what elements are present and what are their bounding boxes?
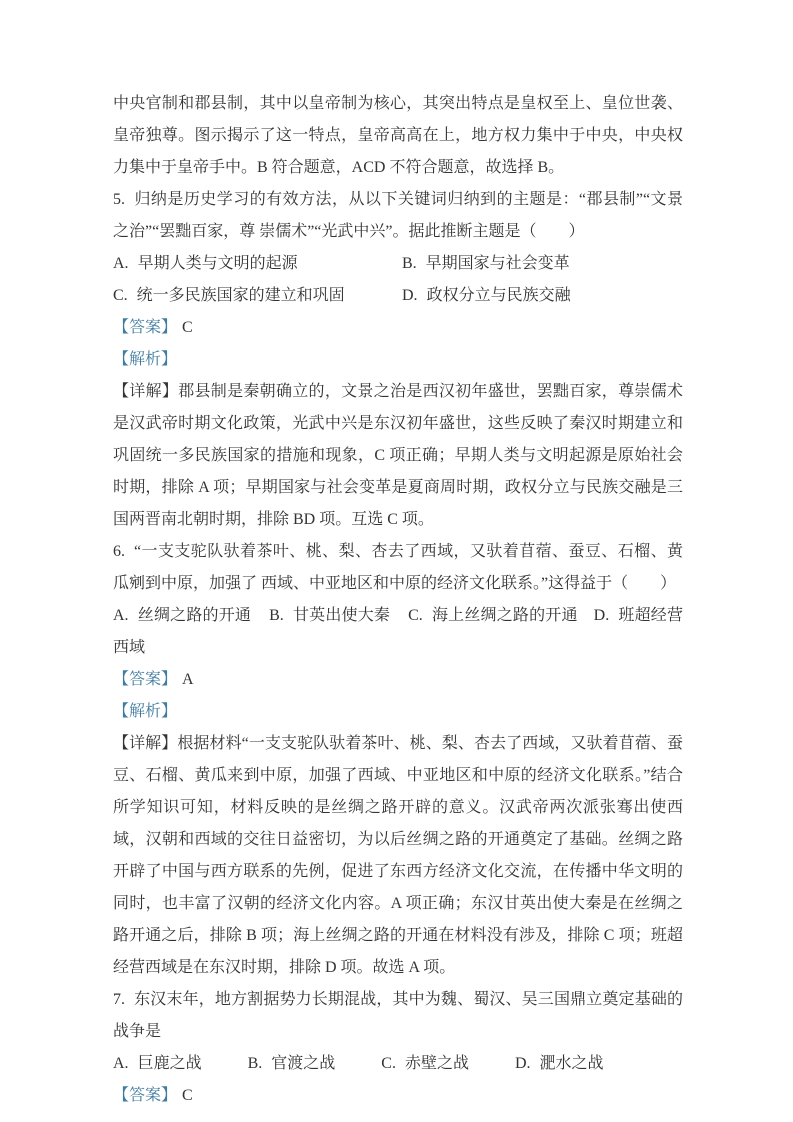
question-5-number: 5. bbox=[113, 191, 125, 208]
question-6-option-c: C.海上丝绸之路的开通 bbox=[408, 607, 578, 624]
detail-label: 【详解】 bbox=[113, 383, 178, 400]
question-5-answer: C bbox=[182, 319, 193, 336]
question-7-option-a: A.巨鹿之战 bbox=[113, 1055, 202, 1072]
option-text: 淝水之战 bbox=[540, 1055, 604, 1072]
option-text: 巨鹿之战 bbox=[138, 1055, 202, 1072]
question-7-answer: C bbox=[182, 1087, 193, 1104]
document-page: 中央官制和郡县制，其中以皇帝制为核心，其突出特点是皇权至上、皇位世袭、皇帝独尊。… bbox=[0, 0, 793, 1122]
question-5-analysis-line: 【解析】 bbox=[113, 344, 683, 376]
question-6-option-b: B.甘英出使大秦 bbox=[269, 607, 390, 624]
option-text: 早期人类与文明的起源 bbox=[138, 255, 298, 272]
question-5-stem: 5.归纳是历史学习的有效方法，从以下关键词归纳到的主题是：“郡县制”“文景之治”… bbox=[113, 184, 683, 248]
question-6-stem: 6.“一支支驼队驮着茶叶、桃、梨、杏去了西域，又驮着苜蓿、蚕豆、石榴、黄瓜剜到中… bbox=[113, 536, 683, 600]
detail-label: 【详解】 bbox=[113, 735, 177, 752]
question-6-number: 6. bbox=[113, 543, 125, 560]
option-text: 早期国家与社会变革 bbox=[426, 255, 570, 272]
option-text: 海上丝绸之路的开通 bbox=[432, 607, 578, 624]
question-5-option-c: C.统一多民族国家的建立和巩固 bbox=[113, 280, 402, 312]
option-key: D. bbox=[594, 607, 610, 624]
question-5-explanation: 【详解】郡县制是秦朝确立的，文景之治是西汉初年盛世，罢黜百家，尊崇儒术是汉武帝时… bbox=[113, 376, 683, 536]
analysis-label: 【解析】 bbox=[113, 351, 177, 368]
question-5-options: A.早期人类与文明的起源 B.早期国家与社会变革 C.统一多民族国家的建立和巩固… bbox=[113, 248, 683, 312]
option-text: 丝绸之路的开通 bbox=[138, 607, 252, 624]
question-5-explanation-text: 郡县制是秦朝确立的，文景之治是西汉初年盛世，罢黜百家，尊崇儒术是汉武帝时期文化政… bbox=[113, 383, 683, 528]
question-6-analysis-line: 【解析】 bbox=[113, 696, 683, 728]
option-key: C. bbox=[408, 607, 423, 624]
answer-label: 【答案】 bbox=[113, 319, 177, 336]
question-5-options-row-2: C.统一多民族国家的建立和巩固 D.政权分立与民族交融 bbox=[113, 280, 683, 312]
question-6-options: A.丝绸之路的开通B.甘英出使大秦C.海上丝绸之路的开通D.班超经营西域 bbox=[113, 600, 683, 664]
option-key: D. bbox=[515, 1055, 531, 1072]
option-text: 政权分立与民族交融 bbox=[427, 287, 571, 304]
answer-label: 【答案】 bbox=[113, 671, 177, 688]
question-7-option-b: B.官渡之战 bbox=[248, 1055, 336, 1072]
question-5: 5.归纳是历史学习的有效方法，从以下关键词归纳到的主题是：“郡县制”“文景之治”… bbox=[113, 184, 683, 536]
document-content: 中央官制和郡县制，其中以皇帝制为核心，其突出特点是皇权至上、皇位世袭、皇帝独尊。… bbox=[113, 88, 683, 1112]
question-5-options-row-1: A.早期人类与文明的起源 B.早期国家与社会变革 bbox=[113, 248, 683, 280]
question-6-explanation-text: 根据材料“一支支驼队驮着茶叶、桃、梨、杏去了西域，又驮着苜蓿、蚕豆、石榴、黄瓜来… bbox=[113, 735, 683, 976]
question-7-number: 7. bbox=[113, 991, 125, 1008]
option-key: C. bbox=[113, 287, 128, 304]
question-5-stem-text: 归纳是历史学习的有效方法，从以下关键词归纳到的主题是：“郡县制”“文景之治”“罢… bbox=[113, 191, 683, 240]
question-6-explanation: 【详解】根据材料“一支支驼队驮着茶叶、桃、梨、杏去了西域，又驮着苜蓿、蚕豆、石榴… bbox=[113, 728, 683, 984]
option-key: B. bbox=[248, 1055, 263, 1072]
option-text: 赤壁之战 bbox=[405, 1055, 469, 1072]
question-6-answer: A bbox=[182, 671, 194, 688]
answer-label: 【答案】 bbox=[113, 1087, 177, 1104]
option-text: 统一多民族国家的建立和巩固 bbox=[137, 287, 345, 304]
option-key: B. bbox=[402, 255, 417, 272]
prev-question-explanation: 中央官制和郡县制，其中以皇帝制为核心，其突出特点是皇权至上、皇位世袭、皇帝独尊。… bbox=[113, 88, 683, 184]
question-6-option-a: A.丝绸之路的开通 bbox=[113, 607, 251, 624]
question-7-option-c: C.赤壁之战 bbox=[381, 1055, 469, 1072]
option-key: D. bbox=[402, 287, 418, 304]
question-7-options: A.巨鹿之战B.官渡之战C.赤壁之战D.淝水之战 bbox=[113, 1048, 683, 1080]
option-key: B. bbox=[269, 607, 284, 624]
question-7-stem-text: 东汉末年，地方割据势力长期混战，其中为魏、蜀汉、吴三国鼎立奠定基础的战争是 bbox=[113, 991, 683, 1040]
option-key: A. bbox=[113, 607, 129, 624]
option-key: C. bbox=[381, 1055, 396, 1072]
option-text: 官渡之战 bbox=[271, 1055, 335, 1072]
question-7-answer-line: 【答案】C bbox=[113, 1080, 683, 1112]
question-7-stem: 7.东汉末年，地方割据势力长期混战，其中为魏、蜀汉、吴三国鼎立奠定基础的战争是 bbox=[113, 984, 683, 1048]
question-5-answer-line: 【答案】C bbox=[113, 312, 683, 344]
option-key: A. bbox=[113, 255, 129, 272]
question-6-stem-text: “一支支驼队驮着茶叶、桃、梨、杏去了西域，又驮着苜蓿、蚕豆、石榴、黄瓜剜到中原，… bbox=[113, 543, 683, 592]
option-key: A. bbox=[113, 1055, 129, 1072]
question-5-option-b: B.早期国家与社会变革 bbox=[402, 248, 570, 280]
question-5-option-a: A.早期人类与文明的起源 bbox=[113, 248, 402, 280]
question-7: 7.东汉末年，地方割据势力长期混战，其中为魏、蜀汉、吴三国鼎立奠定基础的战争是 … bbox=[113, 984, 683, 1112]
question-7-option-d: D.淝水之战 bbox=[515, 1055, 604, 1072]
question-6-answer-line: 【答案】A bbox=[113, 664, 683, 696]
option-text: 甘英出使大秦 bbox=[293, 607, 390, 624]
analysis-label: 【解析】 bbox=[113, 703, 177, 720]
question-5-option-d: D.政权分立与民族交融 bbox=[402, 280, 571, 312]
question-6: 6.“一支支驼队驮着茶叶、桃、梨、杏去了西域，又驮着苜蓿、蚕豆、石榴、黄瓜剜到中… bbox=[113, 536, 683, 984]
